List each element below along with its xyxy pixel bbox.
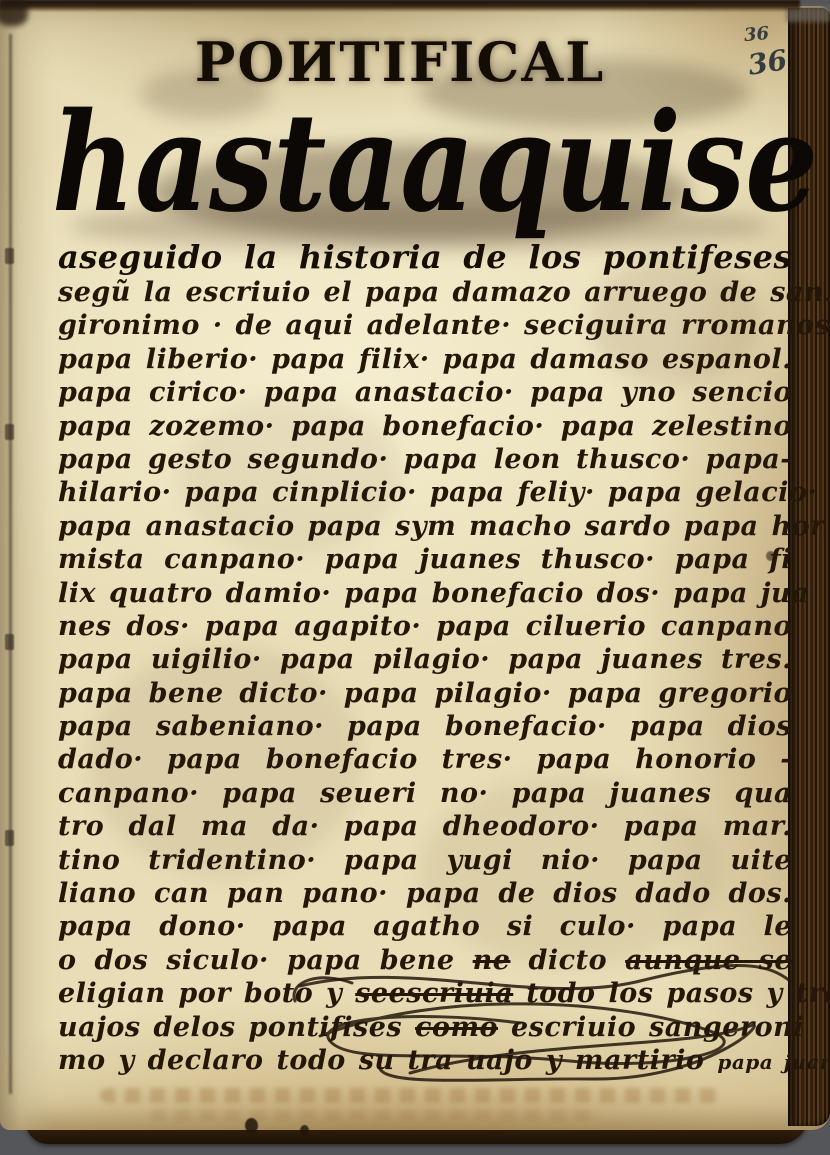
manuscript-line: dado· papa bonefacio tres· papa honorio … <box>58 743 792 776</box>
top-left-corner-shadow <box>0 0 28 26</box>
manuscript-line: papa cirico· papa anastacio· papa yno se… <box>58 376 792 409</box>
manuscript-text: lix quatro damio· papa bonefacio dos· pa… <box>58 578 809 609</box>
manuscript-line: hilario· papa cinplicio· papa feliy· pap… <box>58 476 792 509</box>
ink-blot <box>300 1125 309 1136</box>
manuscript-text: papa liberio· papa filix· papa damaso es… <box>58 344 792 375</box>
manuscript-page: 36 36 POИTIFICAL hastaaquise aseguido la… <box>0 6 830 1130</box>
manuscript-text: papa cirico· papa anastacio· papa yno se… <box>58 377 792 408</box>
manuscript-text: gironimo · de aqui adelante· seciguira r… <box>58 310 830 341</box>
manuscript-text: dado· papa bonefacio tres· papa honorio … <box>58 744 792 775</box>
manuscript-line: papa anastacio papa sym macho sardo papa… <box>58 510 792 543</box>
backdrop: { "colors": { "paper": "#e8ddb6", "ink":… <box>0 0 830 1155</box>
manuscript-line: gironimo · de aqui adelante· seciguira r… <box>58 309 792 342</box>
manuscript-text: papa zozemo· papa bonefacio· papa zelest… <box>58 411 792 442</box>
manuscript-text: papa bene dicto· papa pilagio· papa greg… <box>58 678 792 709</box>
binding-gutter <box>0 6 52 1130</box>
binding-stitch <box>5 830 14 846</box>
bleedthrough-text-row <box>150 1109 600 1121</box>
manuscript-text: mista canpano· papa juanes thusco· papa … <box>58 544 792 575</box>
manuscript-line: canpano· papa seueri no· papa juanes qua <box>58 777 792 810</box>
manuscript-line: tro dal ma da· papa dheodoro· papa mar. <box>58 810 792 843</box>
crossing-out-scribble <box>290 931 800 1096</box>
manuscript-text: aseguido la historia de los pontifeses <box>58 238 792 276</box>
manuscript-line: tino tridentino· papa yugi nio· papa uit… <box>58 844 792 877</box>
binding-stitch <box>5 248 14 264</box>
binding-seam <box>9 34 12 1094</box>
manuscript-line: papa sabeniano· papa bonefacio· papa dio… <box>58 710 792 743</box>
manuscript-line: mista canpano· papa juanes thusco· papa … <box>58 543 792 576</box>
manuscript-line: papa zozemo· papa bonefacio· papa zelest… <box>58 410 792 443</box>
manuscript-text: papa uigilio· papa pilagio· papa juanes … <box>58 644 792 675</box>
manuscript-line: papa gesto segundo· papa leon thusco· pa… <box>58 443 792 476</box>
manuscript-line: lix quatro damio· papa bonefacio dos· pa… <box>58 577 792 610</box>
manuscript-line: nes dos· papa agapito· papa ciluerio can… <box>58 610 792 643</box>
manuscript-text: liano can pan pano· papa de dios dado do… <box>58 878 792 909</box>
manuscript-text: tino tridentino· papa yugi nio· papa uit… <box>58 845 792 876</box>
manuscript-text: segũ la escriuio el papa damazo arruego … <box>58 277 830 308</box>
book-top-edge <box>0 0 800 12</box>
manuscript-text: nes dos· papa agapito· papa ciluerio can… <box>58 611 792 642</box>
headline-text: hastaaquise <box>52 83 818 243</box>
manuscript-line: papa liberio· papa filix· papa damaso es… <box>58 343 792 376</box>
calligraphic-headline: hastaaquise <box>50 94 822 252</box>
manuscript-text: papa anastacio papa sym macho sardo papa… <box>58 511 825 542</box>
manuscript-text: tro dal ma da· papa dheodoro· papa mar. <box>58 811 792 842</box>
manuscript-line: papa bene dicto· papa pilagio· papa greg… <box>58 677 792 710</box>
manuscript-line: segũ la escriuio el papa damazo arruego … <box>58 276 792 309</box>
binding-stitch <box>5 424 14 440</box>
manuscript-text: hilario· papa cinplicio· papa feliy· pap… <box>58 477 817 508</box>
manuscript-line: liano can pan pano· papa de dios dado do… <box>58 877 792 910</box>
ink-blot <box>245 1118 258 1133</box>
binding-stitch <box>5 634 14 650</box>
manuscript-line: aseguido la historia de los pontifeses <box>58 238 792 276</box>
manuscript-text: canpano· papa seueri no· papa juanes qua <box>58 778 792 809</box>
manuscript-text: papa gesto segundo· papa leon thusco· pa… <box>58 444 792 475</box>
manuscript-line: papa uigilio· papa pilagio· papa juanes … <box>58 643 792 676</box>
manuscript-text: papa sabeniano· papa bonefacio· papa dio… <box>58 711 792 742</box>
